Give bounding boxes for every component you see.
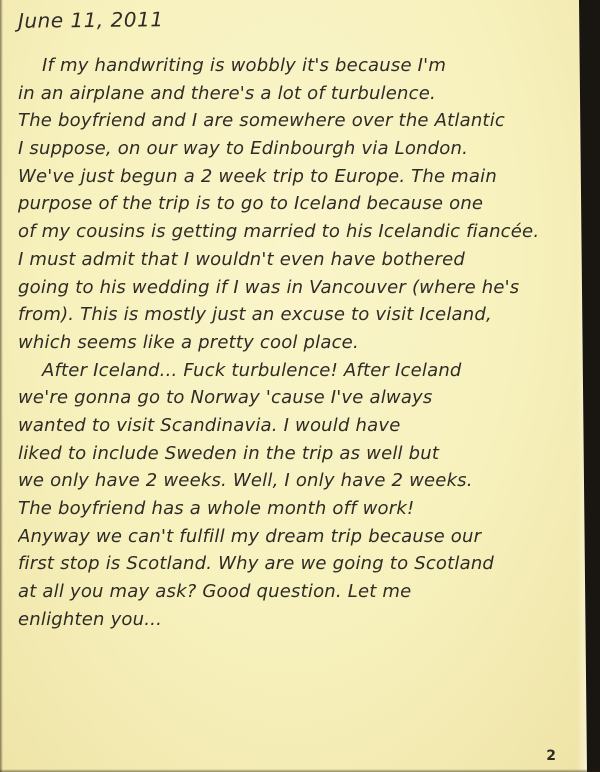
- handwritten-line: We've just begun a 2 week trip to Europe…: [18, 163, 582, 191]
- handwritten-line: in an airplane and there's a lot of turb…: [18, 80, 582, 108]
- handwritten-line: The boyfriend and I are somewhere over t…: [18, 107, 582, 135]
- handwritten-line: purpose of the trip is to go to Iceland …: [18, 190, 582, 218]
- handwritten-line: we're gonna go to Norway 'cause I've alw…: [18, 384, 582, 412]
- handwritten-line: After Iceland... Fuck turbulence! After …: [18, 357, 582, 385]
- entry-body: If my handwriting is wobbly it's because…: [18, 52, 582, 633]
- handwritten-line: from). This is mostly just an excuse to …: [18, 301, 582, 329]
- handwritten-line: liked to include Sweden in the trip as w…: [18, 440, 582, 468]
- scan-edge-left: [0, 0, 3, 772]
- scanned-journal-page: June 11, 2011 If my handwriting is wobbl…: [0, 0, 600, 772]
- handwritten-line: at all you may ask? Good question. Let m…: [18, 578, 582, 606]
- handwritten-line: wanted to visit Scandinavia. I would hav…: [18, 412, 582, 440]
- handwritten-line: first stop is Scotland. Why are we going…: [18, 550, 582, 578]
- handwritten-line: we only have 2 weeks. Well, I only have …: [18, 467, 582, 495]
- handwritten-line: going to his wedding if I was in Vancouv…: [18, 274, 582, 302]
- handwritten-line: I must admit that I wouldn't even have b…: [18, 246, 582, 274]
- handwritten-line: If my handwriting is wobbly it's because…: [18, 52, 582, 80]
- handwritten-line: The boyfriend has a whole month off work…: [18, 495, 582, 523]
- handwritten-line: I suppose, on our way to Edinbourgh via …: [18, 135, 582, 163]
- entry-date: June 11, 2011: [18, 7, 164, 33]
- handwritten-line: Anyway we can't fulfill my dream trip be…: [18, 523, 582, 551]
- handwritten-line: of my cousins is getting married to his …: [18, 218, 582, 246]
- page-number: 2: [546, 748, 556, 764]
- handwritten-line: which seems like a pretty cool place.: [18, 329, 582, 357]
- handwritten-line: enlighten you...: [18, 606, 582, 634]
